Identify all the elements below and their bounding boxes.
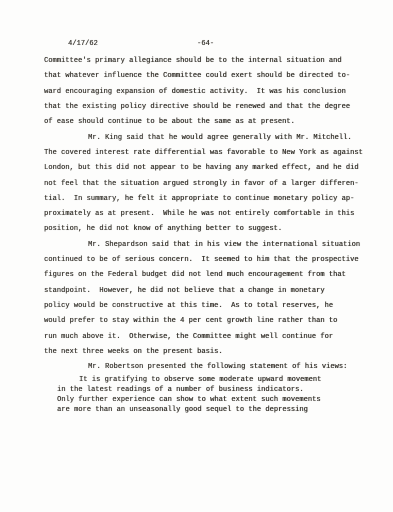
- document-date: 4/17/62: [68, 40, 98, 48]
- body-line: run much above it. Otherwise, the Commit…: [44, 330, 366, 345]
- body-line: Mr. Robertson presented the following st…: [44, 360, 366, 375]
- body-line: figures on the Federal budget did not le…: [44, 268, 366, 283]
- document-body: Committee's primary allegiance should be…: [44, 54, 366, 376]
- body-line: that the existing policy directive shoul…: [44, 100, 366, 115]
- body-line: the next three weeks on the present basi…: [44, 345, 366, 360]
- page-number: -64-: [197, 40, 214, 48]
- body-line: London, but this did not appear to be ha…: [44, 161, 366, 176]
- body-line: not feel that the situation argued stron…: [44, 177, 366, 192]
- body-line: of ease should continue to be about the …: [44, 115, 366, 130]
- quote-line: It is gratifying to observe some moderat…: [57, 375, 362, 385]
- quote-line: Only further experience can show to what…: [57, 395, 362, 405]
- page-header: 4/17/62 -64-: [0, 40, 393, 54]
- body-line: The covered interest rate differential w…: [44, 146, 366, 161]
- body-line: proximately as at present. While he was …: [44, 207, 366, 222]
- body-line: that whatever influence the Committee co…: [44, 69, 366, 84]
- block-quote: It is gratifying to observe some moderat…: [57, 375, 362, 415]
- body-line: tial. In summary, he felt it appropriate…: [44, 192, 366, 207]
- body-line: ward encouraging expansion of domestic a…: [44, 85, 366, 100]
- body-line: policy would be constructive at this tim…: [44, 299, 366, 314]
- body-line: position, he did not know of anything be…: [44, 222, 366, 237]
- body-line: standpoint. However, he did not believe …: [44, 284, 366, 299]
- body-line: continued to be of serious concern. It s…: [44, 253, 366, 268]
- body-line: Committee's primary allegiance should be…: [44, 54, 366, 69]
- body-line: Mr. Shepardson said that in his view the…: [44, 238, 366, 253]
- scanned-document-page: 4/17/62 -64- Committee's primary allegia…: [0, 0, 393, 512]
- body-line: Mr. King said that he would agree genera…: [44, 131, 366, 146]
- quote-line: are more than an unseasonally good seque…: [57, 405, 362, 415]
- quote-line: in the latest readings of a number of bu…: [57, 385, 362, 395]
- body-line: would prefer to stay within the 4 per ce…: [44, 314, 366, 329]
